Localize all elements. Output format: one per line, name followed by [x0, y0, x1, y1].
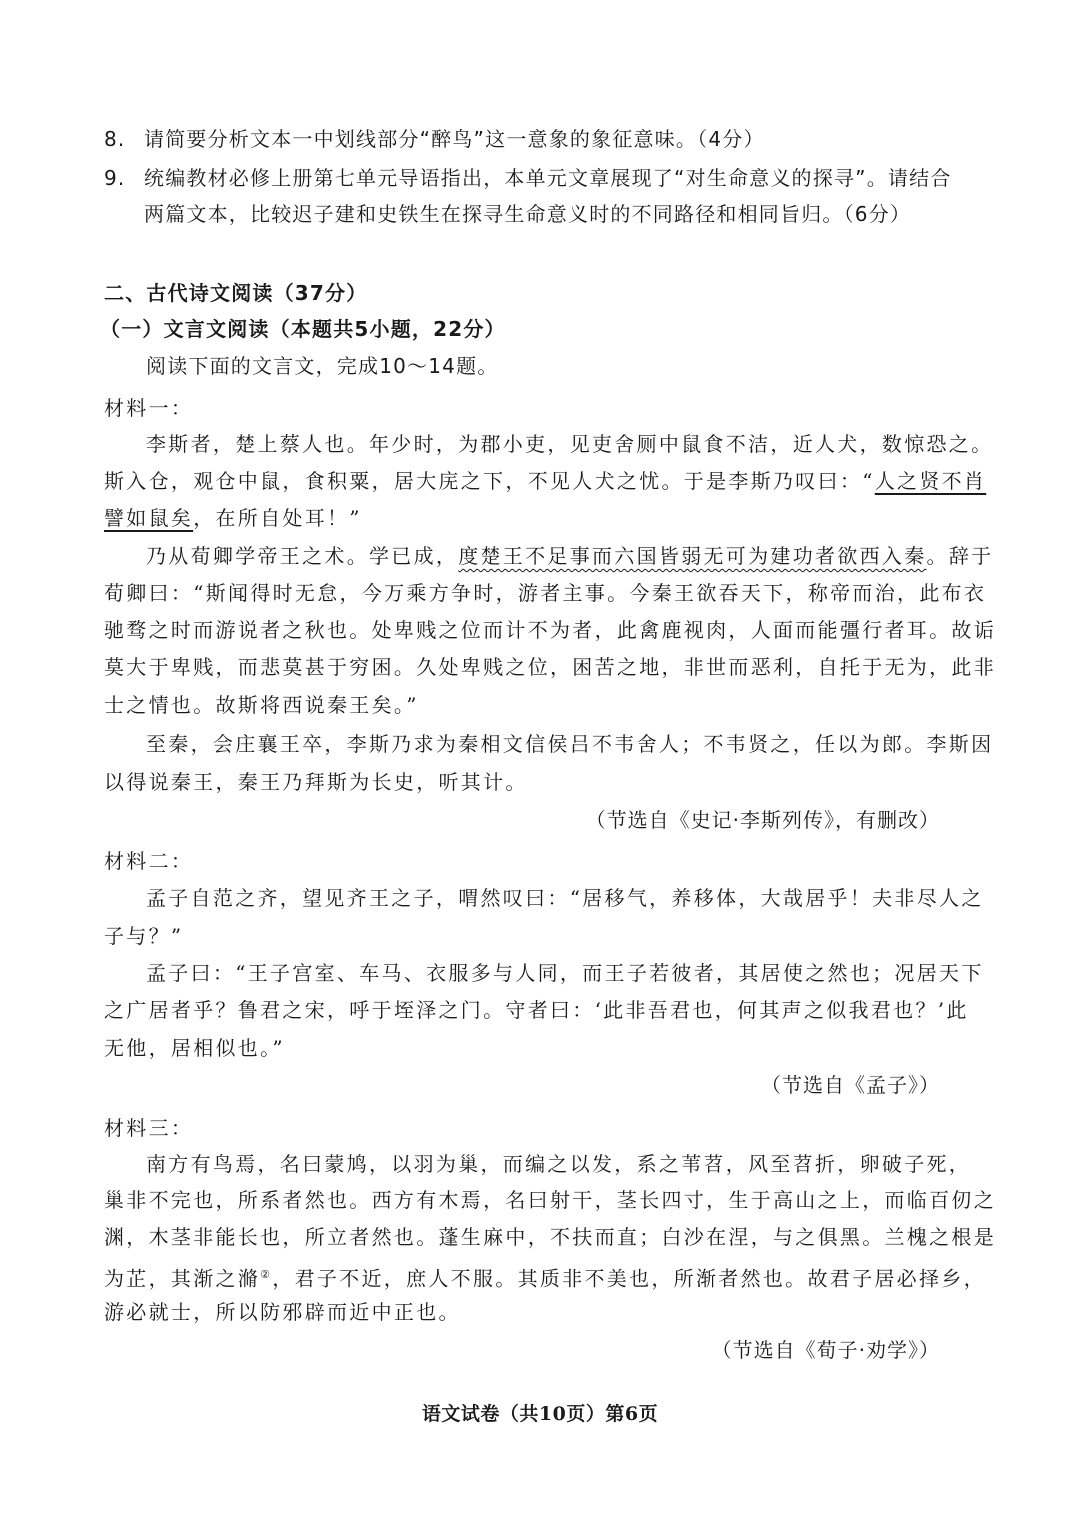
material-3-line: 渊，木茎非能长也，所立者然也。蓬生麻中，不扶而直；白沙在涅，与之俱黑。兰槐之根是: [104, 1222, 996, 1252]
material-1-line: 莫大于卑贱，而悲莫甚于穷困。久处卑贱之位，困苦之地，非世而恶利，自托于无为，此非: [104, 652, 996, 682]
material-1-line: 以得说秦王，秦王乃拜斯为长史，听其计。: [104, 767, 528, 797]
material-1-line: 荀卿曰：“斯闻得时无怠，今万乘方争时，游者主事。今秦王欲吞天下，称帝而治，此布衣: [104, 578, 986, 608]
underlined-sentence-wavy: 度楚王不足事而六国皆弱无可为建功者欲西入秦: [458, 544, 926, 568]
material-3-source: （节选自《荀子·劝学》）: [712, 1335, 940, 1365]
material-2-line: 无他，居相似也。”: [104, 1033, 285, 1063]
underlined-sentence: 譬如鼠矣: [104, 506, 193, 530]
question-number: 9.: [104, 163, 144, 193]
material-3-line: 巢非不完也，所系者然也。西方有木焉，名曰射干，茎长四寸，生于高山之上，而临百仞之: [104, 1185, 996, 1215]
material-3-line: 游必就士，所以防邪辟而近中正也。: [104, 1297, 461, 1327]
material-3-label: 材料三：: [104, 1113, 193, 1143]
section-title: 二、古代诗文阅读（37分）: [104, 278, 367, 308]
question-text: 请简要分析文本一中划线部分“醉鸟”这一意象的象征意味。（4分）: [144, 127, 765, 151]
text-segment: 为芷，其渐之滫: [104, 1267, 260, 1291]
material-3-line: 为芷，其渐之滫②，君子不近，庶人不服。其质非不美也，所渐者然也。故君子居必择乡，: [104, 1260, 986, 1294]
exam-page: 8.请简要分析文本一中划线部分“醉鸟”这一意象的象征意味。（4分） 9.统编教材…: [0, 0, 1080, 1524]
question-8: 8.请简要分析文本一中划线部分“醉鸟”这一意象的象征意味。（4分）: [104, 124, 765, 154]
material-2-line: 子与？”: [104, 921, 183, 951]
material-1-line: 驰骛之时而游说者之秋也。处卑贱之位而计不为者，此禽鹿视肉，人面而能彊行者耳。故诟: [104, 615, 996, 645]
material-1-line: 士之情也。故斯将西说秦王矣。”: [104, 690, 419, 720]
material-1-line: 譬如鼠矣，在所自处耳！”: [104, 503, 362, 533]
material-2-line: 孟子曰：“王子宫室、车马、衣服多与人同，而王子若彼者，其居使之然也；况居天下: [146, 958, 984, 988]
material-1-line: 至秦，会庄襄王卒，李斯乃求为秦相文信侯吕不韦舍人；不韦贤之，任以为郎。李斯因: [146, 729, 993, 759]
footnote-marker: ②: [260, 1268, 272, 1281]
material-2-source: （节选自《孟子》）: [761, 1070, 940, 1100]
text-segment: ，君子不近，庶人不服。其质非不美也，所渐者然也。故君子居必择乡，: [272, 1267, 986, 1291]
material-1-line: 斯入仓，观仓中鼠，食积粟，居大庑之下，不见人犬之忧。于是李斯乃叹曰：“人之贤不肖: [104, 466, 986, 496]
text-segment: 。辞于: [927, 544, 994, 568]
question-9-continued: 两篇文本，比较迟子建和史铁生在探寻生命意义时的不同路径和相同旨归。（6分）: [144, 199, 911, 229]
text-segment: ，在所自处耳！”: [193, 506, 362, 530]
material-3-line: 南方有鸟焉，名曰蒙鸠，以羽为巢，而编之以发，系之苇苕，风至苕折，卵破子死，: [146, 1149, 971, 1179]
question-text: 统编教材必修上册第七单元导语指出，本单元文章展现了“对生命意义的探寻”。请结合: [144, 166, 952, 190]
text-segment: 乃从荀卿学帝王之术。学已成，: [146, 544, 458, 568]
material-2-line: 之广居者乎？鲁君之宋，呼于垤泽之门。守者曰：‘此非吾君也，何其声之似我君也？’此: [104, 995, 969, 1025]
page-footer: 语文试卷（共10页）第6页: [0, 1400, 1080, 1428]
material-1-source: （节选自《史记·李斯列传》，有删改）: [586, 805, 940, 835]
question-9: 9.统编教材必修上册第七单元导语指出，本单元文章展现了“对生命意义的探寻”。请结…: [104, 163, 952, 193]
text-segment: 斯入仓，观仓中鼠，食积粟，居大庑之下，不见人犬之忧。于是李斯乃叹曰：“: [104, 469, 875, 493]
material-2-line: 孟子自范之齐，望见齐王之子，喟然叹曰：“居移气，养移体，大哉居乎！夫非尽人之: [146, 883, 984, 913]
material-1-label: 材料一：: [104, 393, 193, 423]
material-2-label: 材料二：: [104, 846, 193, 876]
underlined-sentence: 人之贤不肖: [875, 469, 987, 493]
material-1-line: 乃从荀卿学帝王之术。学已成，度楚王不足事而六国皆弱无可为建功者欲西入秦。辞于: [146, 541, 993, 571]
subsection-title: （一）文言文阅读（本题共5小题，22分）: [100, 314, 506, 344]
material-1-line: 李斯者，楚上蔡人也。年少时，为郡小吏，见吏舍厕中鼠食不洁，近人犬，数惊恐之。: [146, 429, 993, 459]
section-instruction: 阅读下面的文言文，完成10～14题。: [146, 351, 499, 381]
question-number: 8.: [104, 124, 144, 154]
